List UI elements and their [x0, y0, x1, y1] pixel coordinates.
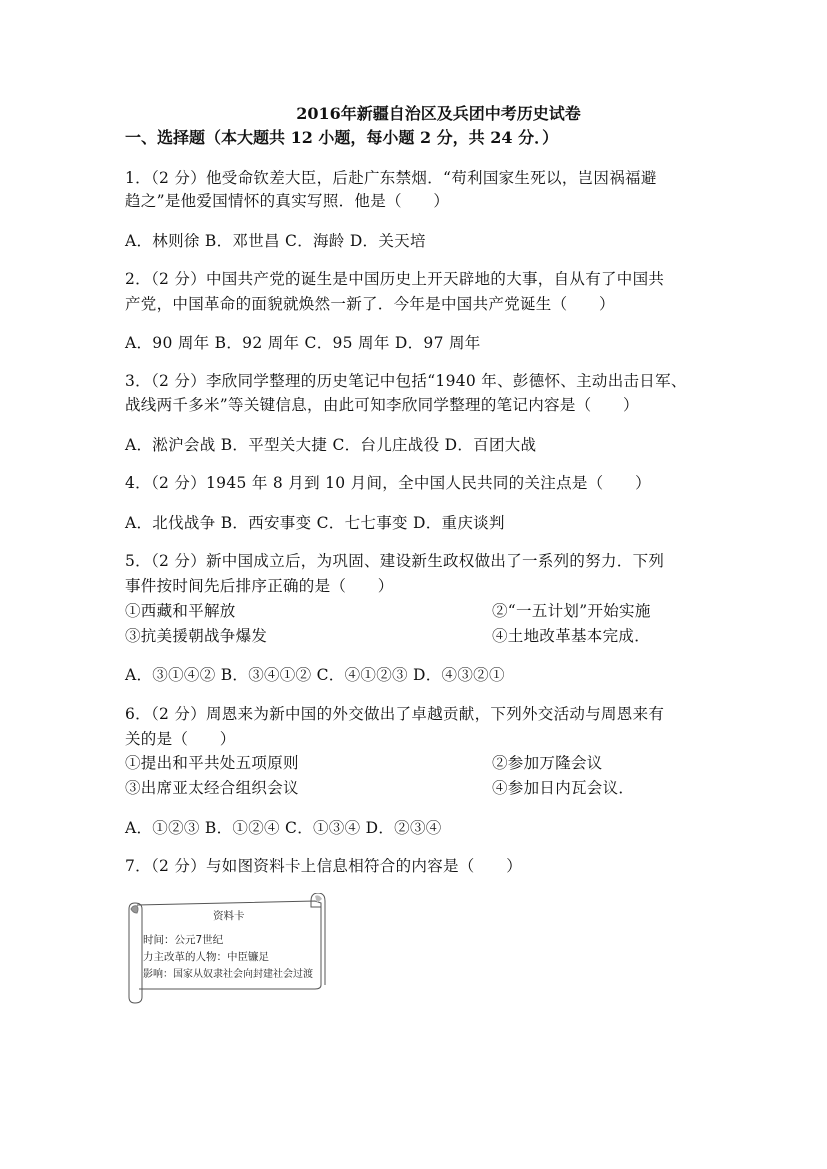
- question-4-options: A．北伐战争 B．西安事变 C．七七事变 D．重庆谈判: [125, 513, 505, 533]
- question-2-line-1: 2．（2 分）中国共产党的诞生是中国历史上开天辟地的大事，自从有了中国共: [125, 269, 664, 289]
- question-6-item-3: ③出席亚太经合组织会议: [125, 778, 299, 798]
- question-5-line-2: 事件按时间先后排序正确的是（ ）: [125, 576, 394, 596]
- question-6-line-1: 6．（2 分）周恩来为新中国的外交做出了卓越贡献，下列外交活动与周恩来有: [125, 704, 664, 724]
- question-6-item-2: ②参加万隆会议: [492, 753, 603, 773]
- question-4-line-1: 4．（2 分）1945 年 8 月到 10 月间，全中国人民共同的关注点是（ ）: [125, 473, 651, 493]
- question-3-options: A．淞沪会战 B．平型关大捷 C．台儿庄战役 D．百团大战: [125, 435, 536, 455]
- exam-page: 2016年新疆自治区及兵团中考历史试卷 一、选择题（本大题共 12 小题，每小题…: [0, 0, 827, 1169]
- question-7-line-1: 7．（2 分）与如图资料卡上信息相符合的内容是（ ）: [125, 856, 522, 876]
- info-card-scroll: 资料卡 时间：公元7世纪 力主改革的人物：中臣镰足 影响：国家从奴隶社会向封建社…: [125, 893, 330, 1005]
- question-6-item-1: ①提出和平共处五项原则: [125, 753, 299, 773]
- question-6-item-4: ④参加日内瓦会议．: [492, 778, 634, 798]
- question-1-line-2: 趋之”是他爱国情怀的真实写照．他是（ ）: [125, 191, 449, 211]
- question-2-line-2: 产党，中国革命的面貌就焕然一新了．今年是中国共产党诞生（ ）: [125, 294, 615, 314]
- exam-title: 2016年新疆自治区及兵团中考历史试卷: [0, 103, 827, 125]
- question-1-options: A．林则徐 B．邓世昌 C．海龄 D．关天培: [125, 231, 426, 251]
- question-1-line-1: 1．（2 分）他受命钦差大臣，后赴广东禁烟．“苟利国家生死以，岂因祸福避: [125, 168, 657, 188]
- question-6-line-2: 关的是（ ）: [125, 729, 236, 749]
- question-6-options: A．①②③ B．①②④ C．①③④ D．②③④: [125, 818, 442, 838]
- question-5-item-4: ④土地改革基本完成．: [492, 626, 650, 646]
- question-2-options: A．90 周年 B．92 周年 C．95 周年 D．97 周年: [125, 333, 481, 353]
- question-5-item-1: ①西藏和平解放: [125, 601, 236, 621]
- question-5-line-1: 5．（2 分）新中国成立后，为巩固、建设新生政权做出了一系列的努力．下列: [125, 551, 664, 571]
- info-card-row-time: 时间：公元7世纪: [143, 933, 223, 948]
- question-5-options: A．③①④② B．③④①② C．④①②③ D．④③②①: [125, 665, 505, 685]
- info-card-heading: 资料卡: [213, 909, 245, 924]
- info-card-row-impact: 影响：国家从奴隶社会向封建社会过渡: [143, 967, 313, 982]
- question-5-item-2: ②“一五计划”开始实施: [492, 601, 651, 621]
- info-card-row-person: 力主改革的人物：中臣镰足: [143, 950, 269, 965]
- section-heading: 一、选择题（本大题共 12 小题，每小题 2 分，共 24 分．）: [125, 127, 558, 149]
- question-5-item-3: ③抗美援朝战争爆发: [125, 626, 267, 646]
- question-3-line-2: 战线两千多米”等关键信息，由此可知李欣同学整理的笔记内容是（ ）: [125, 395, 639, 415]
- question-3-line-1: 3．（2 分）李欣同学整理的历史笔记中包括“1940 年、彭德怀、主动出击日军、: [125, 371, 687, 391]
